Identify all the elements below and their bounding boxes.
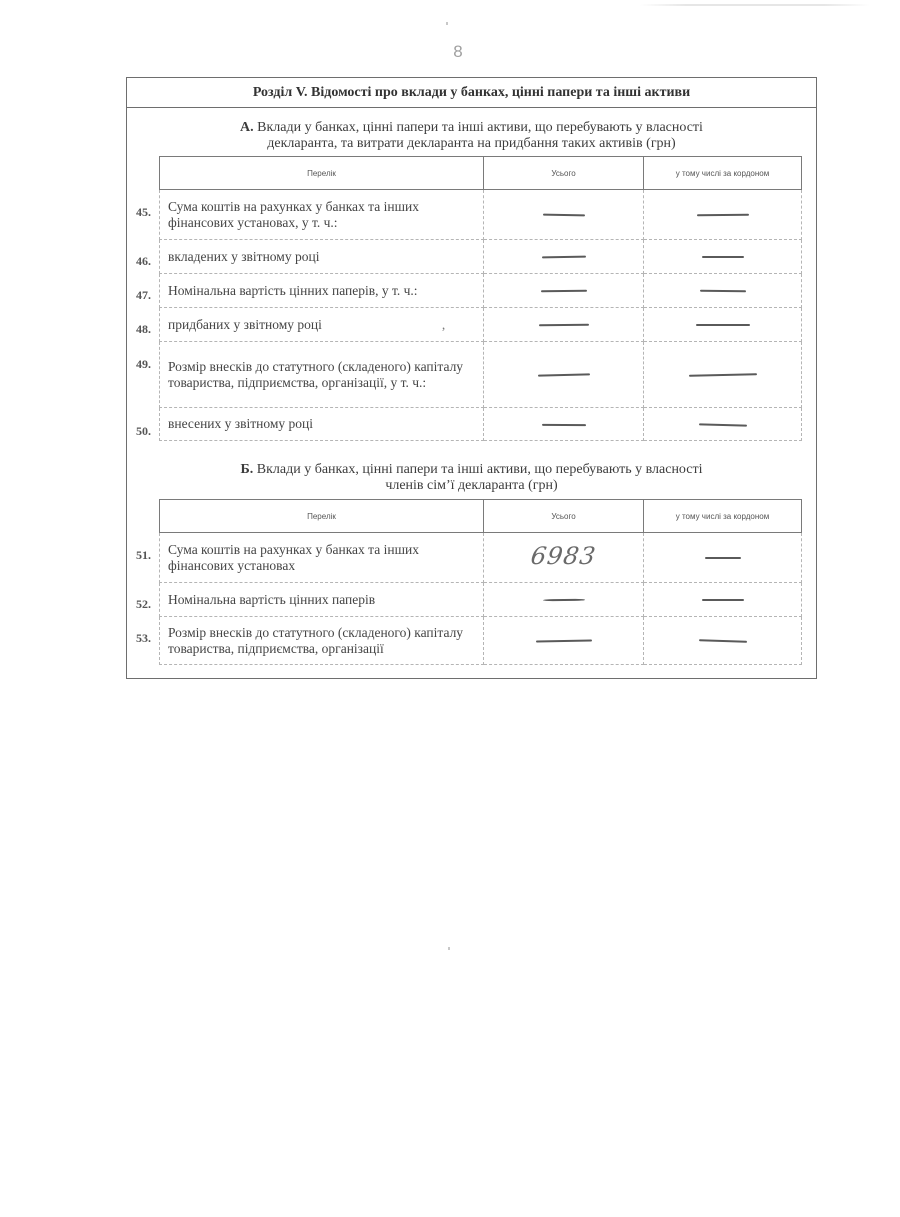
row-number: 52. <box>121 597 151 612</box>
row-total[interactable] <box>484 240 644 274</box>
dash-mark <box>540 290 586 292</box>
dash-mark <box>688 374 756 377</box>
subsection-a-title-line2: декларанта, та витрати декларанта на при… <box>127 136 816 152</box>
column-header-total: Усього <box>484 500 644 533</box>
table-row: Сума коштів на рахунках у банках та інши… <box>160 533 802 583</box>
dash-mark <box>541 424 585 426</box>
table-row: Розмір внесків до статутного (складеного… <box>160 617 802 665</box>
row-total[interactable] <box>484 308 644 342</box>
dash-mark <box>542 599 584 601</box>
row-abroad[interactable] <box>644 240 802 274</box>
scan-artifact <box>640 4 870 6</box>
row-total[interactable] <box>484 342 644 408</box>
row-total[interactable] <box>484 408 644 441</box>
scan-artifact <box>448 947 450 950</box>
row-abroad[interactable] <box>644 274 802 308</box>
section-v-frame: Розділ V. Відомості про вклади у банках,… <box>126 77 817 679</box>
row-abroad[interactable] <box>644 190 802 240</box>
dash-mark <box>698 640 746 644</box>
row-total[interactable]: 6983 <box>484 533 644 583</box>
subsection-b-title-line2: членів сім’ї декларанта (грн) <box>127 478 816 494</box>
row-number: 50. <box>121 424 151 439</box>
subsection-b-table: Перелік Усього у тому числі за кордоном … <box>159 499 802 665</box>
column-header-abroad: у тому числі за кордоном <box>644 500 802 533</box>
row-label-text: придбаних у звітному році <box>168 317 322 332</box>
scan-artifact <box>446 22 448 25</box>
dash-mark <box>696 324 750 326</box>
table-row: Розмір внесків до статутного (складеного… <box>160 342 802 408</box>
row-number: 45. <box>121 205 151 220</box>
subsection-a-title-line1: Вклади у банках, цінні папери та інші ак… <box>254 120 703 135</box>
section-title: Розділ V. Відомості про вклади у банках,… <box>127 78 816 108</box>
row-number: 51. <box>121 548 151 563</box>
row-abroad[interactable] <box>644 583 802 617</box>
scan-artifact: , <box>442 317 445 332</box>
table-header-row: Перелік Усього у тому числі за кордоном <box>160 157 802 190</box>
row-number: 48. <box>121 322 151 337</box>
dash-mark <box>702 599 744 601</box>
subsection-b-letter: Б. <box>240 462 253 477</box>
table-row: Номінальна вартість цінних паперів <box>160 583 802 617</box>
dash-mark <box>696 214 748 216</box>
dash-mark <box>537 374 589 377</box>
dash-mark <box>705 557 741 559</box>
row-label: придбаних у звітному році, <box>160 308 484 342</box>
table-row: вкладених у звітному році <box>160 240 802 274</box>
subsection-b-title-line1: Вклади у банках, цінні папери та інші ак… <box>253 462 702 477</box>
dash-mark <box>699 290 745 293</box>
row-total[interactable] <box>484 190 644 240</box>
dash-mark <box>698 423 746 426</box>
dash-mark <box>538 324 588 326</box>
row-abroad[interactable] <box>644 408 802 441</box>
dash-mark <box>541 256 585 259</box>
dash-mark <box>702 256 744 258</box>
table-row: придбаних у звітному році, <box>160 308 802 342</box>
subsection-a-title: А. Вклади у банках, цінні папери та інші… <box>127 120 816 152</box>
row-label: Розмір внесків до статутного (складеного… <box>160 342 484 408</box>
handwritten-value: 6983 <box>530 548 597 564</box>
column-header-abroad: у тому числі за кордоном <box>644 157 802 190</box>
row-label: Сума коштів на рахунках у банках та інши… <box>160 190 484 240</box>
column-header-list: Перелік <box>160 500 484 533</box>
row-label: Сума коштів на рахунках у банках та інши… <box>160 533 484 583</box>
row-number: 49. <box>121 357 151 372</box>
table-row: внесених у звітному році <box>160 408 802 441</box>
row-total[interactable] <box>484 274 644 308</box>
dash-mark <box>535 640 591 643</box>
row-number: 47. <box>121 288 151 303</box>
row-abroad[interactable] <box>644 342 802 408</box>
row-abroad[interactable] <box>644 308 802 342</box>
row-abroad[interactable] <box>644 617 802 665</box>
row-label: Розмір внесків до статутного (складеного… <box>160 617 484 665</box>
row-number: 46. <box>121 254 151 269</box>
row-number: 53. <box>121 631 151 646</box>
row-label: Номінальна вартість цінних паперів <box>160 583 484 617</box>
subsection-a-letter: А. <box>240 120 254 135</box>
table-row: Сума коштів на рахунках у банках та інши… <box>160 190 802 240</box>
table-header-row: Перелік Усього у тому числі за кордоном <box>160 500 802 533</box>
subsection-b-title: Б. Вклади у банках, цінні папери та інші… <box>127 462 816 494</box>
column-header-list: Перелік <box>160 157 484 190</box>
subsection-a-table: Перелік Усього у тому числі за кордоном … <box>159 156 802 441</box>
dash-mark <box>542 214 584 217</box>
row-abroad[interactable] <box>644 533 802 583</box>
table-row: Номінальна вартість цінних паперів, у т.… <box>160 274 802 308</box>
row-total[interactable] <box>484 583 644 617</box>
row-label: вкладених у звітному році <box>160 240 484 274</box>
page-number: 8 <box>0 42 900 62</box>
row-label: внесених у звітному році <box>160 408 484 441</box>
row-label: Номінальна вартість цінних паперів, у т.… <box>160 274 484 308</box>
row-total[interactable] <box>484 617 644 665</box>
column-header-total: Усього <box>484 157 644 190</box>
